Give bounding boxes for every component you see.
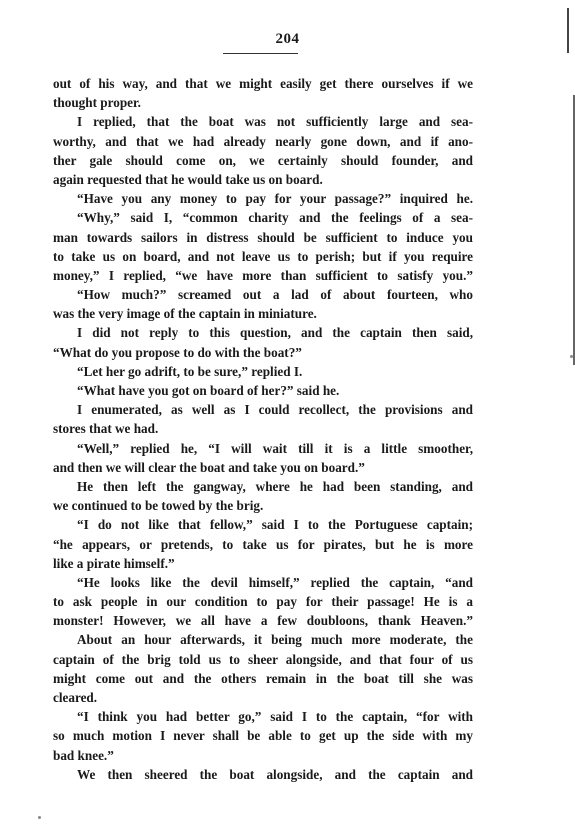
text-line: so much motion I never shall be able to … [53, 726, 473, 745]
text-line: cleared. [53, 688, 473, 707]
text-line: captain of the brig told us to sheer alo… [53, 650, 473, 669]
text-line: “I do not like that fellow,” said I to t… [53, 515, 473, 534]
text-line: we continued to be towed by the brig. [53, 496, 473, 515]
text-line: “What have you got on board of her?” sai… [53, 381, 473, 400]
text-line: like a pirate himself.” [53, 554, 473, 573]
body-text: out of his way, and that we might easily… [53, 74, 473, 784]
text-line: ther gale should come on, we certainly s… [53, 151, 473, 170]
text-line: “How much?” screamed out a lad of about … [53, 285, 473, 304]
text-line: thought proper. [53, 93, 473, 112]
text-line: again requested that he would take us on… [53, 170, 473, 189]
text-line: “Well,” replied he, “I will wait till it… [53, 439, 473, 458]
text-line: to ask people in our condition to pay fo… [53, 592, 473, 611]
scan-speck [570, 355, 573, 358]
text-line: might come out and the others remain in … [53, 669, 473, 688]
text-line: “Have you any money to pay for your pass… [53, 189, 473, 208]
text-line: I replied, that the boat was not suffici… [53, 112, 473, 131]
text-line: man towards sailors in distress should b… [53, 228, 473, 247]
text-line: was the very image of the captain in min… [53, 304, 473, 323]
text-line: I enumerated, as well as I could recolle… [53, 400, 473, 419]
text-line: and then we will clear the boat and take… [53, 458, 473, 477]
text-line: I did not reply to this question, and th… [53, 323, 473, 342]
text-line: “I think you had better go,” said I to t… [53, 707, 473, 726]
text-line: stores that we had. [53, 419, 473, 438]
text-line: We then sheered the boat alongside, and … [53, 765, 473, 784]
text-line: monster! However, we all have a few doub… [53, 611, 473, 630]
text-line: “He looks like the devil himself,” repli… [53, 573, 473, 592]
scan-speck [38, 816, 41, 819]
text-line: About an hour afterwards, it being much … [53, 630, 473, 649]
text-line: “Why,” said I, “common charity and the f… [53, 208, 473, 227]
text-line: “Let her go adrift, to be sure,” replied… [53, 362, 473, 381]
text-line: He then left the gangway, where he had b… [53, 477, 473, 496]
text-line: bad knee.” [53, 746, 473, 765]
text-line: worthy, and that we had already nearly g… [53, 132, 473, 151]
header-rule [223, 53, 298, 54]
text-line: money,” I replied, “we have more than su… [53, 266, 473, 285]
page-number: 204 [0, 31, 575, 48]
text-line: “What do you propose to do with the boat… [53, 343, 473, 362]
binding-edge-mark [567, 8, 569, 53]
text-line: out of his way, and that we might easily… [53, 74, 473, 93]
text-line: “he appears, or pretends, to take us for… [53, 535, 473, 554]
text-line: to take us on board, and not leave us to… [53, 247, 473, 266]
